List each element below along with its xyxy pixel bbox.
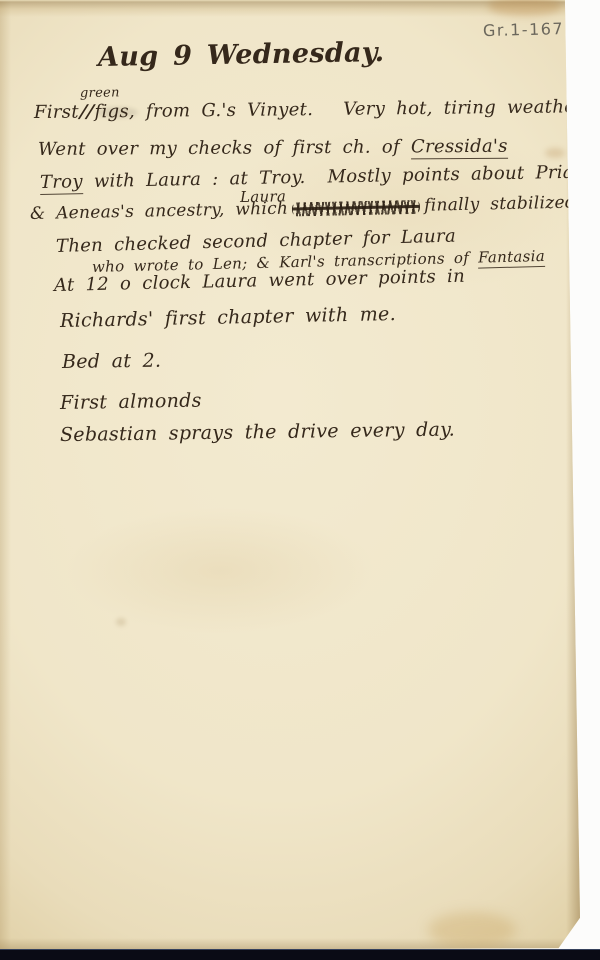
paper-stain-right-edge: [545, 148, 565, 158]
inserted-word-green: green: [80, 85, 120, 101]
line-segment: Mostly points about Priam's: [327, 161, 600, 187]
entry-line-almonds: First almonds: [60, 390, 202, 414]
entry-line-checks: Went over my checks of first ch. of Cres…: [38, 136, 508, 160]
underlined-cressidas: Cressida's: [411, 136, 508, 160]
entry-line-aeneas: & Aeneas's ancestry, whichfinally stabil…: [30, 192, 582, 224]
line-segment: & Aeneas's ancestry, which: [30, 199, 289, 224]
scanned-page: Gr.1-167. Aug 9 Wednesday. green First//…: [0, 0, 600, 960]
paper-stain-top-right: [488, 0, 562, 16]
paper-speck: [116, 618, 126, 626]
paper-stain-bottom-right: [428, 912, 516, 948]
line-segment: First: [34, 102, 79, 123]
entry-line-troy: Troy with Laura : at Troy.Mostly points …: [40, 161, 600, 193]
entry-line-figs: First//figs, from G.'s Vinyet.Very hot, …: [34, 96, 584, 123]
manuscript-paper: Gr.1-167. Aug 9 Wednesday. green First//…: [0, 0, 580, 951]
line-segment: figs, from G.'s Vinyet.: [94, 99, 313, 122]
catalog-mark: Gr.1-167.: [483, 19, 571, 40]
scan-bottom-bar: [0, 949, 600, 960]
underlined-troy: Troy: [40, 171, 83, 195]
line-segment: Went over my checks of first ch. of: [38, 136, 411, 160]
scribbled-out-text: [292, 199, 420, 216]
entry-line-bed: Bed at 2.: [62, 350, 162, 373]
underlined-fantasia: Fantasia: [478, 247, 545, 269]
entry-line-richards: Richards' first chapter with me.: [60, 303, 396, 332]
line-segment: finally stabilized.: [424, 192, 582, 215]
line-segment: Very hot, tiring weather: [343, 96, 584, 120]
date-heading: Aug 9 Wednesday.: [98, 37, 385, 73]
entry-line-sebastian: Sebastian sprays the drive every day.: [60, 418, 455, 446]
